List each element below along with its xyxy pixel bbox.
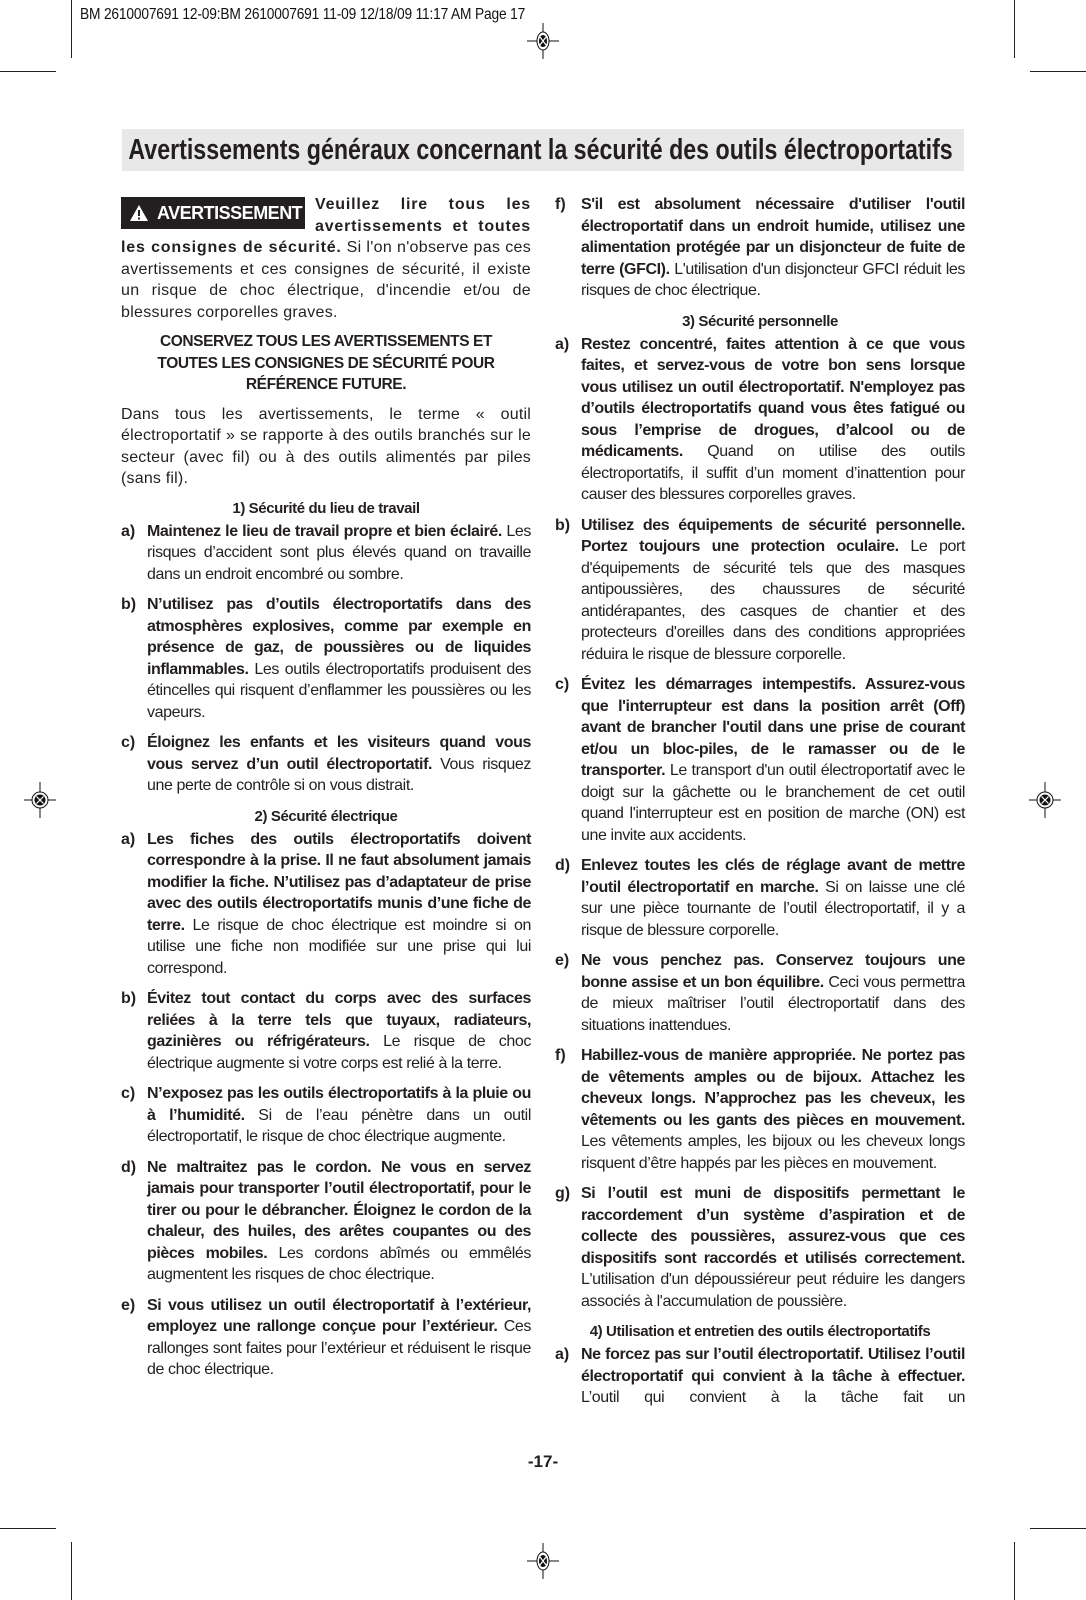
crop-mark — [0, 71, 56, 72]
item-label: a) — [555, 1344, 581, 1409]
list-item: e) Ne vous penchez pas. Conservez toujou… — [555, 950, 965, 1036]
item-label: b) — [121, 594, 147, 723]
list-item: b) Évitez tout contact du corps avec des… — [121, 988, 531, 1074]
item-label: d) — [555, 855, 581, 941]
registration-mark-icon — [22, 782, 58, 818]
list-item: a) Maintenez le lieu de travail propre e… — [121, 521, 531, 586]
page-number: -17- — [0, 1452, 1086, 1472]
item-label: g) — [555, 1183, 581, 1312]
item-text: L'utilisation d'un dépoussiéreur peut ré… — [581, 1271, 965, 1310]
item-label: b) — [121, 988, 147, 1074]
printer-slug: BM 2610007691 12-09:BM 2610007691 11-09 … — [80, 6, 525, 24]
crop-mark — [71, 1542, 72, 1600]
section-heading: 3) Sécurité personnelle — [555, 311, 965, 332]
list-item: d) Ne maltraitez pas le cordon. Ne vous … — [121, 1157, 531, 1286]
list-item: b) Utilisez des équipements de sécurité … — [555, 515, 965, 666]
item-label: f) — [555, 194, 581, 302]
section-heading: 1) Sécurité du lieu de travail — [121, 498, 531, 519]
warning-badge-label: AVERTISSEMENT — [157, 197, 302, 229]
crop-mark — [1014, 0, 1015, 58]
section-heading: 4) Utilisation et entretien des outils é… — [555, 1321, 965, 1342]
crop-mark — [0, 1528, 56, 1529]
item-text: Le port d'équipements de sécurité tels q… — [581, 538, 965, 663]
left-column: AVERTISSEMENT Veuillez lire tous les ave… — [121, 194, 531, 1390]
item-bold: Si vous utilisez un outil électroportati… — [147, 1297, 531, 1336]
warning-triangle-icon — [129, 204, 149, 222]
registration-mark-icon — [525, 23, 561, 59]
right-column: f) S'il est absolument nécessaire d'util… — [555, 194, 965, 1418]
warning-block: AVERTISSEMENT Veuillez lire tous les ave… — [121, 194, 531, 323]
item-bold: Ne forcez pas sur l’outil électroportati… — [581, 1346, 965, 1385]
item-label: c) — [121, 732, 147, 797]
item-bold: Restez concentré, faites attention à ce … — [581, 336, 965, 461]
list-item: g) Si l’outil est muni de dispositifs pe… — [555, 1183, 965, 1312]
item-bold: Maintenez le lieu de travail propre et b… — [147, 523, 502, 540]
registration-mark-icon — [525, 1543, 561, 1579]
item-label: c) — [121, 1083, 147, 1148]
item-label: d) — [121, 1157, 147, 1286]
item-label: a) — [121, 521, 147, 586]
crop-mark — [1030, 1528, 1086, 1529]
list-item: a) Les fiches des outils électroportatif… — [121, 829, 531, 980]
list-item: c) Évitez les démarrages intempestifs. A… — [555, 674, 965, 846]
crop-mark — [1014, 1542, 1015, 1600]
list-item: a) Restez concentré, faites attention à … — [555, 334, 965, 506]
item-text: L’outil qui convient à la tâche fait un — [581, 1389, 965, 1406]
list-item: f) S'il est absolument nécessaire d'util… — [555, 194, 965, 302]
item-label: e) — [121, 1295, 147, 1381]
list-item: d) Enlevez toutes les clés de réglage av… — [555, 855, 965, 941]
item-text: Les vêtements amples, les bijoux ou les … — [581, 1133, 965, 1172]
list-item: e) Si vous utilisez un outil électroport… — [121, 1295, 531, 1381]
item-label: e) — [555, 950, 581, 1036]
item-label: f) — [555, 1045, 581, 1174]
item-label: a) — [555, 334, 581, 506]
item-bold: Si l’outil est muni de dispositifs perme… — [581, 1185, 965, 1267]
crop-mark — [71, 0, 72, 58]
list-item: c) Éloignez les enfants et les visiteurs… — [121, 732, 531, 797]
list-item: f) Habillez-vous de manière appropriée. … — [555, 1045, 965, 1174]
save-notice: CONSERVEZ TOUS LES AVERTISSEMENTS ET TOU… — [121, 331, 531, 396]
definition-paragraph: Dans tous les avertissements, le terme «… — [121, 404, 531, 490]
page-title: Avertissements généraux concernant la sé… — [122, 129, 796, 171]
crop-mark — [1030, 71, 1086, 72]
warning-badge: AVERTISSEMENT — [121, 197, 305, 229]
list-item: c) N’exposez pas les outils électroporta… — [121, 1083, 531, 1148]
item-label: a) — [121, 829, 147, 980]
item-label: b) — [555, 515, 581, 666]
item-bold: Habillez-vous de manière appropriée. Ne … — [581, 1047, 965, 1129]
item-label: c) — [555, 674, 581, 846]
list-item: a) Ne forcez pas sur l’outil électroport… — [555, 1344, 965, 1409]
list-item: b) N’utilisez pas d’outils électroportat… — [121, 594, 531, 723]
section-heading: 2) Sécurité électrique — [121, 806, 531, 827]
item-text: Le risque de choc électrique est moindre… — [147, 917, 531, 977]
registration-mark-icon — [1027, 782, 1063, 818]
page-title-bar: Avertissements généraux concernant la sé… — [122, 129, 964, 171]
